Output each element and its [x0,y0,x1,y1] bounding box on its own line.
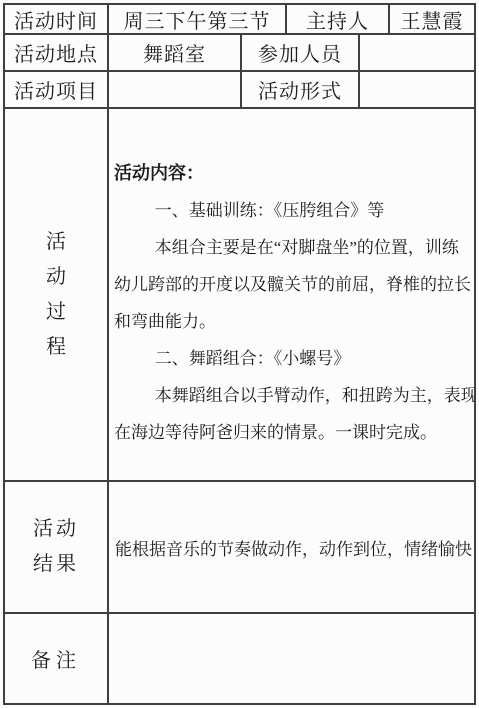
content-heading: 活动内容： [114,155,472,192]
activity-result-value: 能根据音乐的节奏做动作，动作到位，情绪愉快 [109,482,474,612]
content-line: 二、舞蹈组合：《小螺号》 [114,340,472,377]
row-activity-time: 活动时间 周三下午第三节 主持人 王慧霞 [5,5,474,35]
process-label-char: 过 [46,295,66,330]
host-value: 王慧霞 [390,5,474,33]
result-label-line: 结果 [33,547,79,582]
activity-time-value: 周三下午第三节 [109,5,287,33]
activity-form-label: 活动形式 [242,72,360,107]
activity-item-label: 活动项目 [5,72,109,107]
activity-place-label: 活动地点 [5,35,109,70]
process-label-char: 动 [46,260,66,295]
note-label: 备注 [5,614,109,703]
host-label: 主持人 [287,5,390,33]
process-label-char: 活 [46,225,66,260]
row-activity-place: 活动地点 舞蹈室 参加人员 [5,35,474,72]
activity-process-content: 活动内容： 一、基础训练：《压胯组合》等 本组合主要是在“对脚盘坐”的位置，训练… [109,109,474,480]
content-line: 和弯曲能力。 [114,303,472,340]
row-activity-item: 活动项目 活动形式 [5,72,474,109]
row-note: 备注 [5,614,474,703]
content-line: 幼儿跨部的开度以及髋关节的前屈，脊椎的拉长 [114,266,472,303]
content-line: 本舞蹈组合以手臂动作，和扭跨为主，表现 [114,377,472,414]
result-label-line: 活动 [33,512,79,547]
row-activity-result: 活动 结果 能根据音乐的节奏做动作，动作到位，情绪愉快 [5,482,474,614]
activity-process-label: 活 动 过 程 [5,109,109,480]
note-value [109,614,474,703]
activity-table: 活动时间 周三下午第三节 主持人 王慧霞 活动地点 舞蹈室 参加人员 活动项目 … [3,3,476,705]
activity-form-value [360,72,474,107]
content-line: 本组合主要是在“对脚盘坐”的位置，训练 [114,229,472,266]
activity-result-label: 活动 结果 [5,482,109,612]
content-line: 一、基础训练：《压胯组合》等 [114,192,472,229]
content-line: 在海边等待阿爸归来的情景。一课时完成。 [114,414,472,451]
process-label-char: 程 [46,330,66,365]
activity-time-label: 活动时间 [5,5,109,33]
participants-value [360,35,474,70]
activity-place-value: 舞蹈室 [109,35,242,70]
row-activity-process: 活 动 过 程 活动内容： 一、基础训练：《压胯组合》等 本组合主要是在“对脚盘… [5,109,474,482]
participants-label: 参加人员 [242,35,360,70]
activity-record-form: 活动时间 周三下午第三节 主持人 王慧霞 活动地点 舞蹈室 参加人员 活动项目 … [0,0,479,708]
activity-item-value [109,72,242,107]
